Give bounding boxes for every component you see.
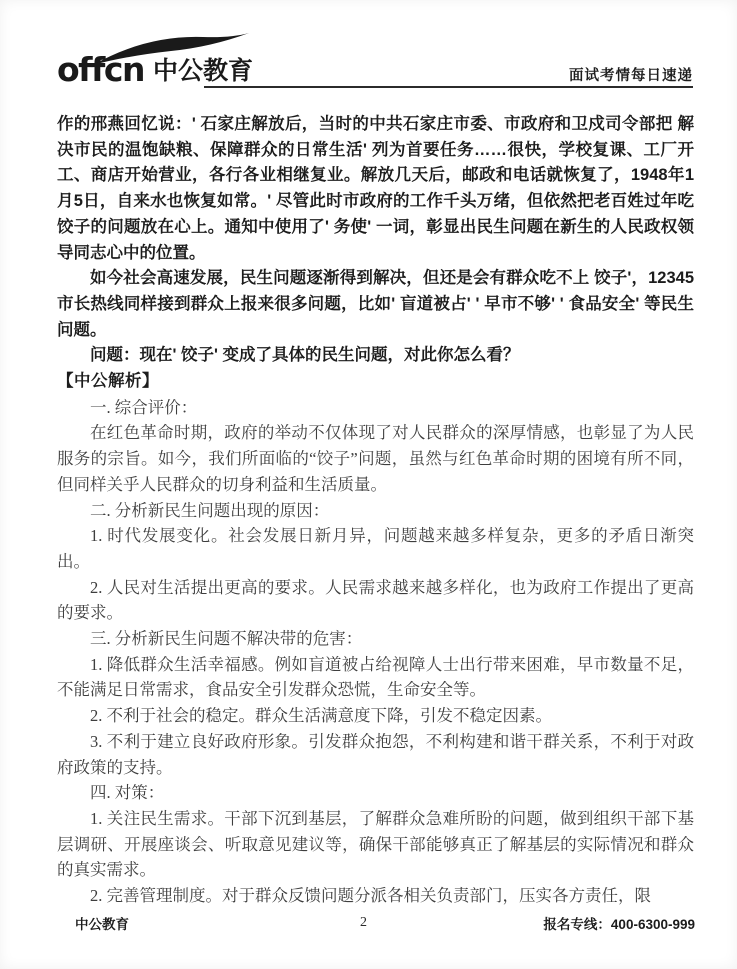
analysis-paragraph: 在红色革命时期，政府的举动不仅体现了对人民群众的深厚情感，也彰显了为人民服务的宗… — [57, 420, 694, 497]
question-line: 问题：现在' 饺子' 变成了具体的民生问题，对此你怎么看？ — [57, 343, 694, 369]
header-rule — [204, 86, 693, 88]
document-body: 作的邢燕回忆说：' 石家庄解放后，当时的中共石家庄市委、市政府和卫戍司令部把 解… — [57, 112, 694, 909]
analysis-item: 1. 时代发展变化。社会发展日新月异，问题越来越多样复杂，更多的矛盾日渐突出。 — [57, 523, 694, 574]
paragraph-continuation: 作的邢燕回忆说：' 石家庄解放后，当时的中共石家庄市委、市政府和卫戍司令部把 解… — [57, 112, 694, 266]
analysis-item: 2. 不利于社会的稳定。群众生活满意度下降，引发不稳定因素。 — [57, 703, 694, 729]
section-heading-4: 四. 对策： — [57, 780, 694, 806]
section-heading-1: 一. 综合评价： — [57, 395, 694, 421]
section-heading-2: 二. 分析新民生问题出现的原因： — [57, 498, 694, 524]
page-footer: 中公教育 2 报名专线：400-6300-999 — [0, 905, 737, 969]
analysis-item: 1. 降低群众生活幸福感。例如盲道被占给视障人士出行带来困难，早市数量不足，不能… — [57, 652, 694, 703]
logo-swoosh-icon — [91, 33, 251, 67]
page-header: offcn中公教育 面试考情每日速递 — [0, 0, 737, 100]
header-subtitle: 面试考情每日速递 — [569, 64, 693, 85]
section-heading-3: 三. 分析新民生问题不解决带的危害： — [57, 626, 694, 652]
analysis-item: 2. 人民对生活提出更高的要求。人民需求越来越多样化，也为政府工作提出了更高的要… — [57, 575, 694, 626]
paragraph-context: 如今社会高速发展，民生问题逐渐得到解决，但还是会有群众吃不上 饺子'，12345… — [57, 266, 694, 343]
document-page: offcn中公教育 面试考情每日速递 作的邢燕回忆说：' 石家庄解放后，当时的中… — [0, 0, 737, 969]
analysis-heading: 【中公解析】 — [57, 369, 694, 395]
analysis-item: 3. 不利于建立良好政府形象。引发群众抱怨，不利构建和谐干群关系，不利于对政府政… — [57, 729, 694, 780]
analysis-item: 1. 关注民生需求。干部下沉到基层，了解群众急难所盼的问题，做到组织干部下基层调… — [57, 806, 694, 883]
footer-hotline: 报名专线：400-6300-999 — [543, 913, 695, 933]
